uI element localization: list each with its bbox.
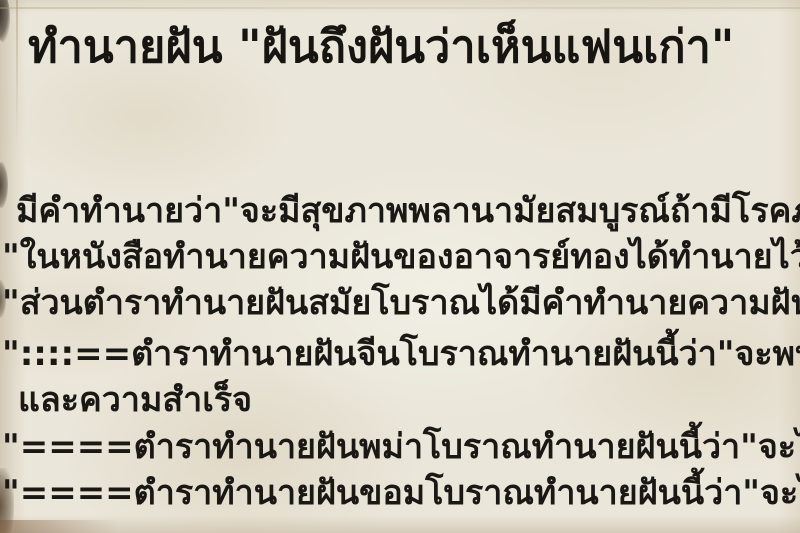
page-title: ทำนายฝัน "ฝันถึงฝันว่าเห็นแฟนเก่า" bbox=[28, 10, 800, 82]
body-line: "====ตำราทำนายฝันขอมโบราณทำนายฝันนี้ว่า"… bbox=[2, 470, 800, 516]
body-line: มีคำทำนายว่า"จะมีสุขภาพพลานามัยสมบูรณ์ถ้… bbox=[16, 188, 800, 234]
body-line: "ส่วนตำราทำนายฝันสมัยโบราณได้มีคำทำนายคว… bbox=[2, 280, 800, 326]
body-line: "ในหนังสือทำนายความฝันของอาจารย์ทองได้ทำ… bbox=[2, 234, 800, 280]
body-line: "====ตำราทำนายฝันพม่าโบราณทำนายฝันนี้ว่า… bbox=[2, 424, 800, 470]
body-line: และความสำเร็จ bbox=[18, 377, 800, 423]
body-line: "::::==ตำราทำนายฝันจีนโบราณทำนายฝันนี้ว่… bbox=[2, 331, 800, 377]
paper-crease-vertical bbox=[16, 0, 18, 160]
paper-crease-horizontal bbox=[0, 7, 800, 9]
dream-interpretation-page: { "page": { "title": "ทำนายฝัน \"ฝันถึงฝ… bbox=[0, 0, 800, 533]
dream-interpretation-text: มีคำทำนายว่า"จะมีสุขภาพพลานามัยสมบูรณ์ถ้… bbox=[0, 188, 800, 533]
paper-stain-top-left bbox=[0, 0, 10, 42]
